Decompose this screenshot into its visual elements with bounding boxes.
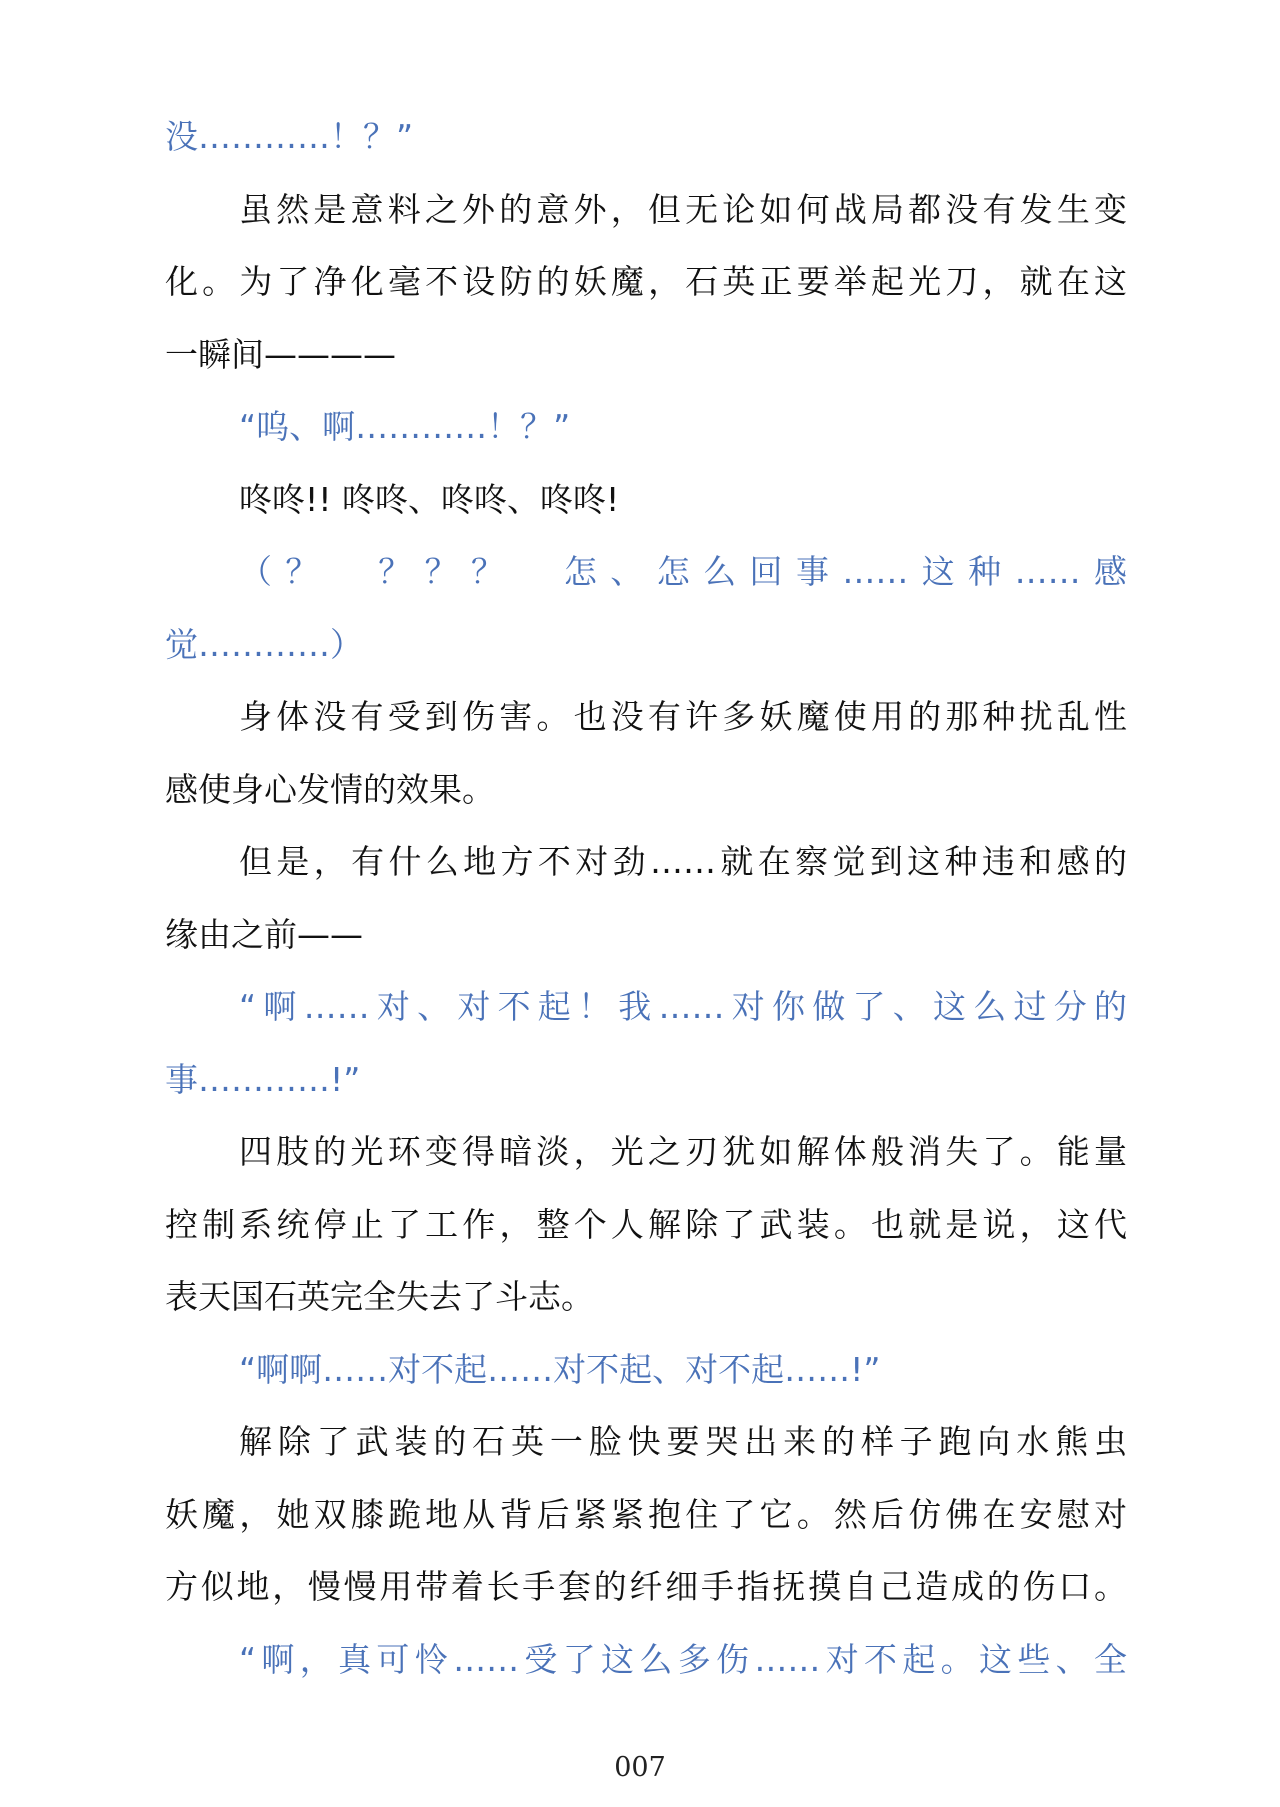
text-line: 表天国石英完全失去了斗志。: [165, 1272, 1127, 1345]
text-line-dialogue: “啊啊……对不起……对不起、对不起……!”: [165, 1345, 1127, 1418]
text-line: 方似地，慢慢用带着长手套的纤细手指抚摸自己造成的伤口。: [165, 1562, 1127, 1635]
text-line-dialogue: “啊，真可怜……受了这么多伤……对不起。这些、全: [165, 1635, 1127, 1708]
document-page: 没…………！？” 虽然是意料之外的意外，但无论如何战局都没有发生变 化。为了净化…: [165, 112, 1127, 1707]
text-line-dialogue: “啊……对、对不起！我……对你做了、这么过分的: [165, 982, 1127, 1055]
text-line: 身体没有受到伤害。也没有许多妖魔使用的那种扰乱性: [165, 692, 1127, 765]
text-line-dialogue: 事…………!”: [165, 1055, 1127, 1128]
text-line-dialogue: （？ ？？？ 怎、怎么回事……这种……感: [165, 547, 1127, 620]
text-line: 妖魔，她双膝跪地从背后紧紧抱住了它。然后仿佛在安慰对: [165, 1490, 1127, 1563]
text-line: 缘由之前——: [165, 910, 1127, 983]
text-line-dialogue: “呜、啊…………！？”: [165, 402, 1127, 475]
text-line-dialogue: 觉…………）: [165, 620, 1127, 693]
text-line: 感使身心发情的效果。: [165, 765, 1127, 838]
text-line: 化。为了净化毫不设防的妖魔，石英正要举起光刀，就在这: [165, 257, 1127, 330]
text-line: 虽然是意料之外的意外，但无论如何战局都没有发生变: [165, 185, 1127, 258]
text-line-dialogue: 没…………！？”: [165, 112, 1127, 185]
text-line: 解除了武装的石英一脸快要哭出来的样子跑向水熊虫: [165, 1417, 1127, 1490]
page-number: 007: [0, 1752, 1280, 1783]
text-line: 四肢的光环变得暗淡，光之刃犹如解体般消失了。能量: [165, 1127, 1127, 1200]
text-line: 但是，有什么地方不对劲……就在察觉到这种违和感的: [165, 837, 1127, 910]
text-line: 一瞬间————: [165, 330, 1127, 403]
text-line: 控制系统停止了工作，整个人解除了武装。也就是说，这代: [165, 1200, 1127, 1273]
text-line: 咚咚!! 咚咚、咚咚、咚咚!: [165, 475, 1127, 548]
